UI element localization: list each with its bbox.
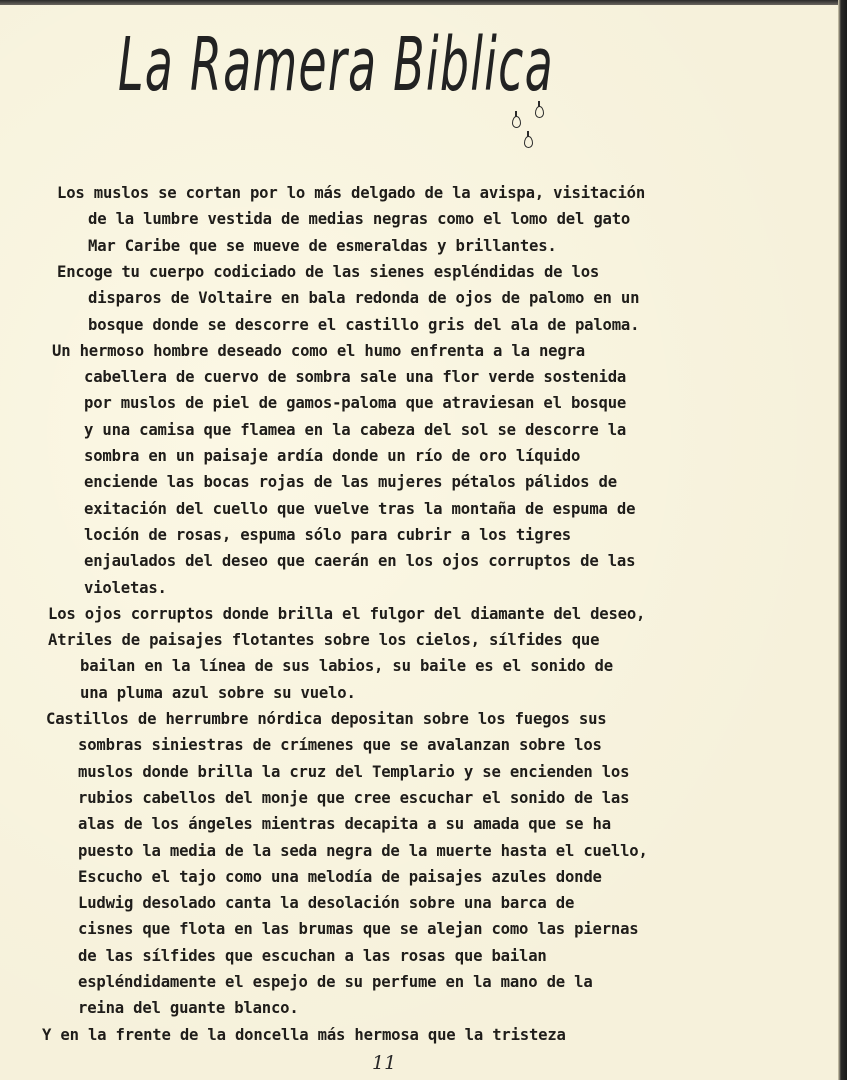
paragraph-first-line: Atriles de paisajes flotantes sobre los … (48, 627, 599, 653)
poem-title: La Ramera Biblica (118, 22, 554, 112)
paragraph-line: bosque donde se descorre el castillo gri… (88, 312, 639, 338)
drop-icon (512, 116, 521, 128)
paragraph-first-line: Y en la frente de la doncella más hermos… (42, 1022, 566, 1048)
paragraph-line: disparos de Voltaire en bala redonda de … (88, 285, 639, 311)
paragraph-line: cisnes que flota en las brumas que se al… (78, 916, 638, 942)
paragraph-line: y una camisa que flamea en la cabeza del… (84, 417, 626, 443)
paragraph-line: por muslos de piel de gamos-paloma que a… (84, 390, 626, 416)
paragraph-line: cabellera de cuervo de sombra sale una f… (84, 364, 626, 390)
paragraph-line: sombra en un paisaje ardía donde un río … (84, 443, 580, 469)
paragraph-line: de las sílfides que escuchan a las rosas… (78, 943, 547, 969)
paragraph-line: puesto la media de la seda negra de la m… (78, 838, 648, 864)
paragraph-line: una pluma azul sobre su vuelo. (80, 680, 356, 706)
paragraph-line: sombras siniestras de crímenes que se av… (78, 732, 602, 758)
paragraph-line: muslos donde brilla la cruz del Templari… (78, 759, 629, 785)
paragraph-line: enjaulados del deseo que caerán en los o… (84, 548, 635, 574)
paragraph-first-line: Un hermoso hombre deseado como el humo e… (52, 338, 585, 364)
title-drops-decoration (510, 98, 570, 158)
page-number: 11 (372, 1052, 396, 1074)
paragraph-line: violetas. (84, 575, 167, 601)
paragraph-line: espléndidamente el espejo de su perfume … (78, 969, 593, 995)
paragraph-line: bailan en la línea de sus labios, su bai… (80, 653, 613, 679)
page-binding-edge (838, 0, 847, 1080)
page-top-edge (0, 0, 847, 5)
paragraph-line: Mar Caribe que se mueve de esmeraldas y … (88, 233, 557, 259)
paragraph-line: alas de los ángeles mientras decapita a … (78, 811, 611, 837)
paragraph-line: reina del guante blanco. (78, 995, 299, 1021)
paragraph-first-line: Encoge tu cuerpo codiciado de las sienes… (57, 259, 599, 285)
drop-icon (524, 136, 533, 148)
paragraph-line: Ludwig desolado canta la desolación sobr… (78, 890, 574, 916)
paragraph-line: Escucho el tajo como una melodía de pais… (78, 864, 602, 890)
paragraph-line: exitación del cuello que vuelve tras la … (84, 496, 635, 522)
paragraph-line: enciende las bocas rojas de las mujeres … (84, 469, 617, 495)
drop-icon (535, 106, 544, 118)
paragraph-line: loción de rosas, espuma sólo para cubrir… (84, 522, 571, 548)
paragraph-first-line: Los ojos corruptos donde brilla el fulgo… (48, 601, 645, 627)
paragraph-first-line: Castillos de herrumbre nórdica depositan… (46, 706, 606, 732)
paragraph-line: de la lumbre vestida de medias negras co… (88, 206, 630, 232)
paragraph-line: rubios cabellos del monje que cree escuc… (78, 785, 629, 811)
paragraph-first-line: Los muslos se cortan por lo más delgado … (57, 180, 645, 206)
